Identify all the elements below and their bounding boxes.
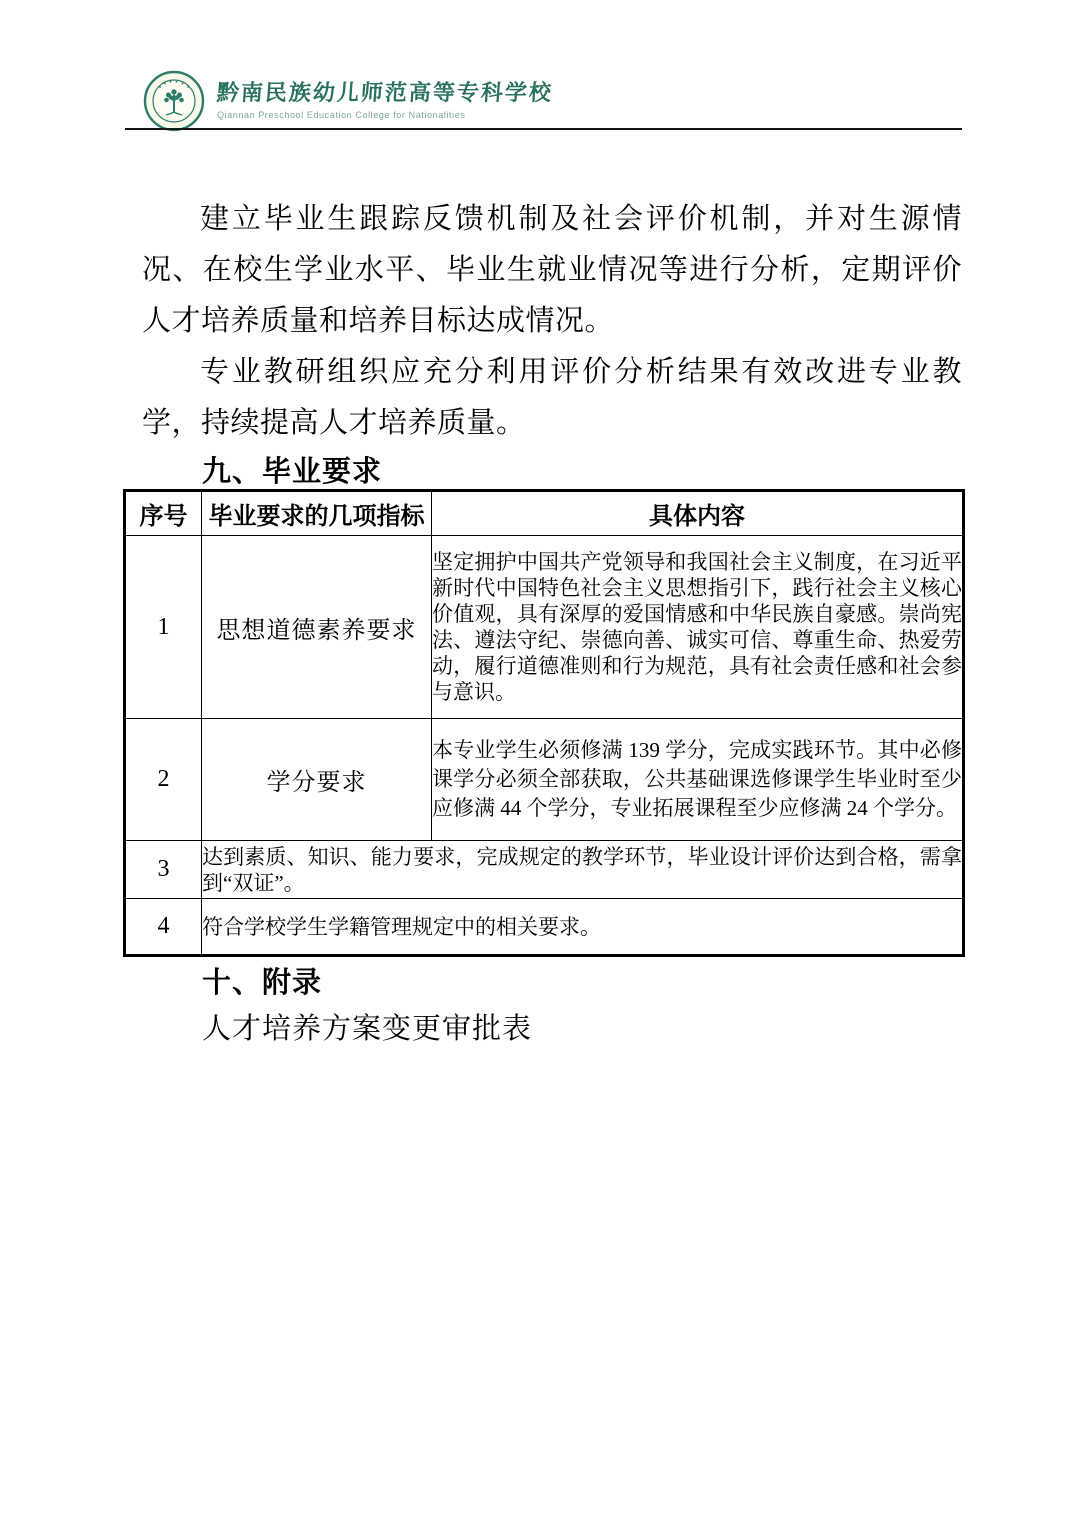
school-emblem-icon (143, 70, 205, 132)
appendix-text: 人才培养方案变更审批表 (202, 1011, 532, 1047)
row1-indicator: 思想道德素养要求 (202, 536, 432, 719)
row3-no: 3 (125, 841, 202, 899)
graduation-requirements-table: 序号 毕业要求的几项指标 具体内容 1 思想道德素养要求 坚定拥护中国共产党领导… (123, 489, 965, 957)
header-cell-no: 序号 (125, 491, 202, 536)
row4-no: 4 (125, 899, 202, 956)
table-row: 2 学分要求 本专业学生必须修满 139 学分，完成实践环节。其中必修课学分必须… (125, 719, 964, 841)
table-row: 4 符合学校学生学籍管理规定中的相关要求。 (125, 899, 964, 956)
header-divider (125, 128, 962, 130)
header-cell-content: 具体内容 (432, 491, 964, 536)
row4-content: 符合学校学生学籍管理规定中的相关要求。 (202, 899, 964, 956)
row2-content: 本专业学生必须修满 139 学分，完成实践环节。其中必修课学分必须全部获取，公共… (432, 719, 964, 841)
section-9-heading: 九、毕业要求 (202, 455, 382, 489)
row3-content: 达到素质、知识、能力要求，完成规定的教学环节，毕业设计评价达到合格，需拿到“双证… (202, 841, 964, 899)
logo-text-block: 黔南民族幼儿师范高等专科学校 Qiannan Preschool Educati… (217, 70, 553, 120)
table-row: 1 思想道德素养要求 坚定拥护中国共产党领导和我国社会主义制度，在习近平新时代中… (125, 536, 964, 719)
table-row: 3 达到素质、知识、能力要求，完成规定的教学环节，毕业设计评价达到合格，需拿到“… (125, 841, 964, 899)
page-header: 黔南民族幼儿师范高等专科学校 Qiannan Preschool Educati… (143, 70, 553, 132)
header-cell-indicator: 毕业要求的几项指标 (202, 491, 432, 536)
section-10-heading: 十、附录 (202, 966, 322, 1000)
school-name-english: Qiannan Preschool Education College for … (217, 110, 553, 120)
row2-indicator: 学分要求 (202, 719, 432, 841)
document-page: 黔南民族幼儿师范高等专科学校 Qiannan Preschool Educati… (0, 0, 1074, 1520)
row2-no: 2 (125, 719, 202, 841)
row1-content: 坚定拥护中国共产党领导和我国社会主义制度，在习近平新时代中国特色社会主义思想指引… (432, 536, 964, 719)
table-header-row: 序号 毕业要求的几项指标 具体内容 (125, 491, 964, 536)
school-name-chinese: 黔南民族幼儿师范高等专科学校 (216, 76, 554, 107)
row1-no: 1 (125, 536, 202, 719)
paragraph-evaluation-mechanism: 建立毕业生跟踪反馈机制及社会评价机制，并对生源情况、在校生学业水平、毕业生就业情… (142, 194, 962, 347)
paragraph-teaching-improvement: 专业教研组织应充分利用评价分析结果有效改进专业教学，持续提高人才培养质量。 (142, 347, 962, 449)
